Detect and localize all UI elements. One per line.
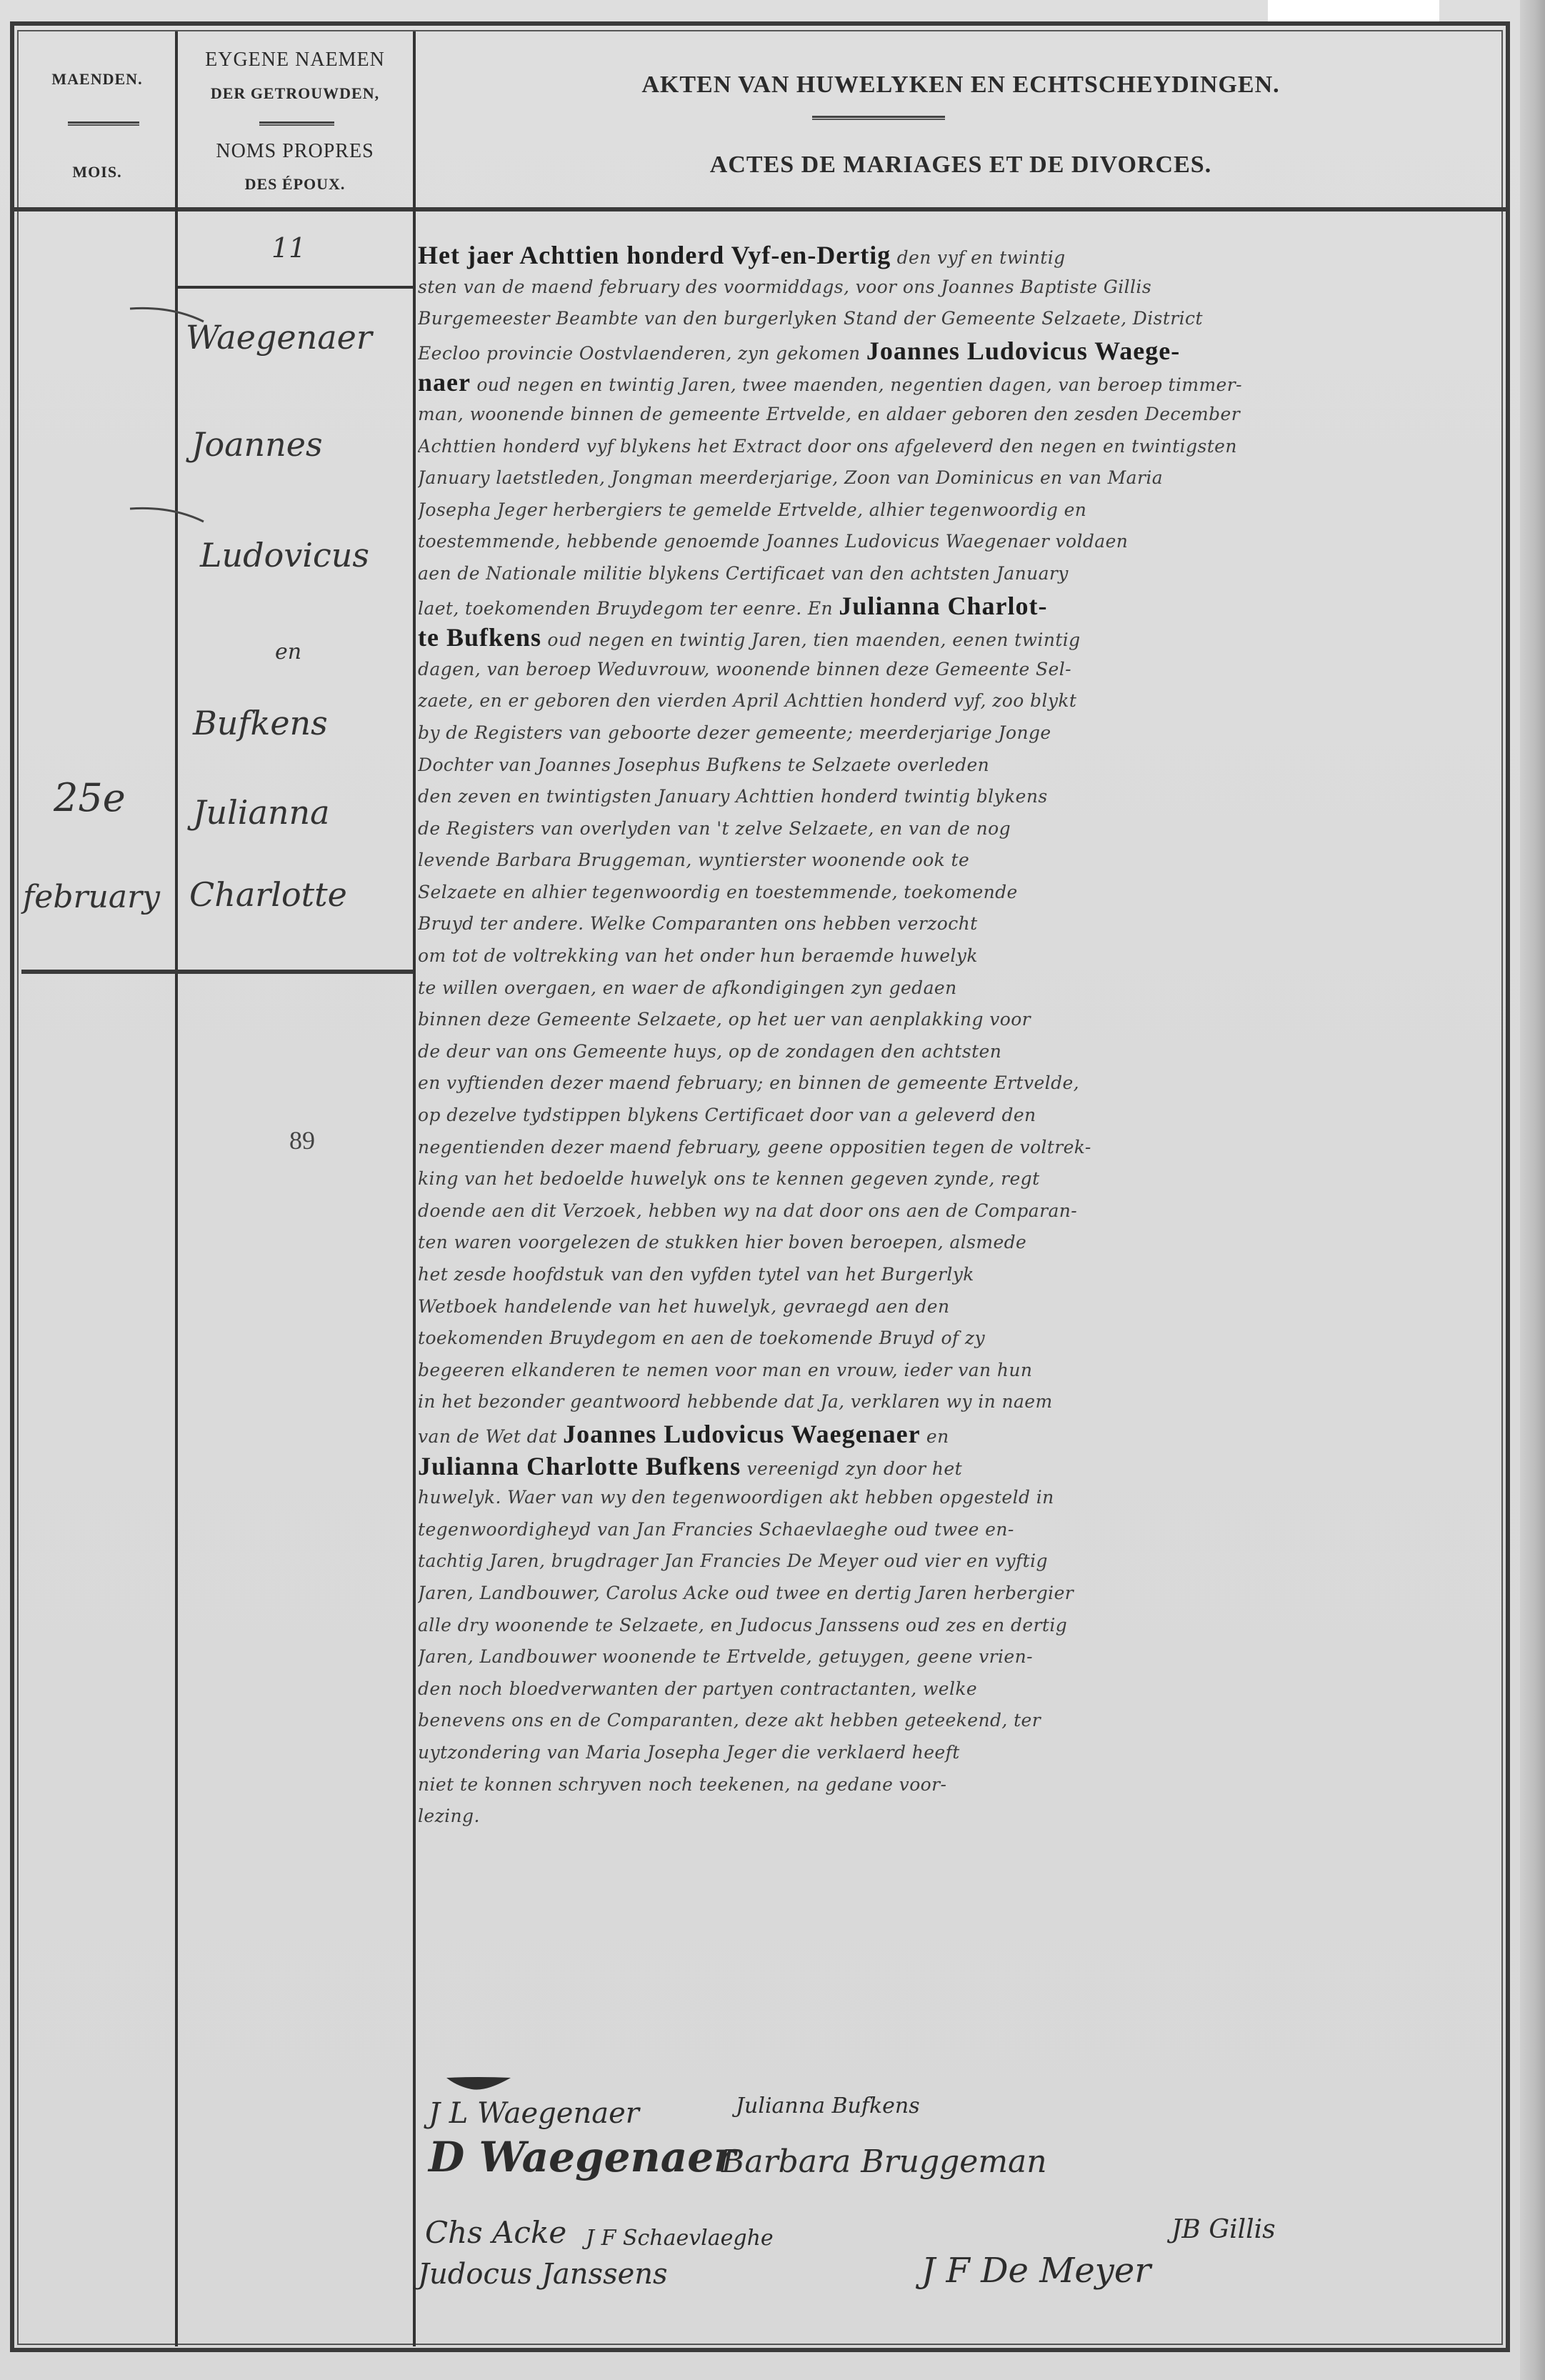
line-text: Burgemeester Beambte van den burgerlyken… [418, 308, 1203, 329]
line-text: negentienden dezer maend february, geene… [418, 1137, 1091, 1157]
line-text: tachtig Jaren, brugdrager Jan Francies D… [418, 1550, 1048, 1571]
line-text: doende aen dit Verzoek, hebben wy na dat… [418, 1200, 1077, 1221]
header-month-divider [68, 121, 139, 126]
record-date-day: 25e [54, 775, 126, 820]
line-text: aen de Nationale militie blykens Certifi… [418, 563, 1069, 584]
line-text: lezing. [418, 1806, 480, 1826]
conjunction-en: en [275, 639, 301, 664]
page-number: 89 [289, 1125, 315, 1155]
line-text: Selzaete en alhier tegenwoordig en toest… [418, 882, 1018, 902]
act-text-line: van de Wet dat Joannes Ludovicus Waegena… [418, 1418, 1496, 1450]
line-text: laet, toekomenden Bruydegom ter eenre. E… [418, 598, 839, 619]
bracket-flourish-icon [129, 500, 207, 529]
signature-witness-2: J F Schaevlaeghe [586, 2226, 774, 2251]
record-date-month: february [23, 879, 160, 915]
line-text: ten waren voorgelezen de stukken hier bo… [418, 1232, 1026, 1253]
header-month-fr: MOIS. [21, 163, 173, 181]
act-text-line: de deur van ons Gemeente huys, op de zon… [418, 1036, 1496, 1068]
signature-witness-4: J F De Meyer [921, 2251, 1151, 2291]
line-text: den vyf en twintig [891, 247, 1065, 268]
line-text: Jaren, Landbouwer woonende te Ertvelde, … [418, 1646, 1033, 1667]
act-text-line: naer oud negen en twintig Jaren, twee ma… [418, 367, 1496, 399]
signature-bride: Julianna Bufkens [736, 2093, 920, 2118]
groom-given-1: Joannes [191, 425, 323, 464]
act-text-line: aen de Nationale militie blykens Certifi… [418, 558, 1496, 590]
line-bold-name: Julianna Charlot- [839, 592, 1047, 620]
act-text-line: tegenwoordigheyd van Jan Francies Schaev… [418, 1514, 1496, 1546]
act-text-line: toestemmende, hebbende genoemde Joannes … [418, 526, 1496, 558]
act-text-line: binnen deze Gemeente Selzaete, op het ue… [418, 1004, 1496, 1036]
scan-white-gap [1268, 0, 1439, 21]
act-text-line: tachtig Jaren, brugdrager Jan Francies D… [418, 1545, 1496, 1578]
line-text: de deur van ons Gemeente huys, op de zon… [418, 1041, 1001, 1062]
act-text-line: Achttien honderd vyf blykens het Extract… [418, 431, 1496, 463]
act-text-line: op dezelve tydstippen blykens Certificae… [418, 1100, 1496, 1132]
bride-given-1: Julianna [193, 793, 330, 832]
act-text-line: uytzondering van Maria Josepha Jeger die… [418, 1737, 1496, 1769]
groom-given-2: Ludovicus [200, 536, 369, 574]
act-text-line: sten van de maend february des voormidda… [418, 272, 1496, 304]
signature-mother: Barbara Bruggeman [721, 2144, 1047, 2180]
header-names-fr-1: NOMS PROPRES [179, 140, 411, 163]
line-text: sten van de maend february des voormidda… [418, 277, 1151, 297]
line-bold-name: naer [418, 368, 471, 397]
act-text-line: by de Registers van geboorte dezer gemee… [418, 717, 1496, 750]
line-text: niet te konnen schryven noch teekenen, n… [418, 1774, 946, 1795]
line-text: oud negen en twintig Jaren, twee maenden… [471, 374, 1242, 395]
line-text: king van het bedoelde huwelyk ons te ken… [418, 1168, 1040, 1189]
column-divider-month [175, 31, 178, 2346]
line-text: en vyftienden dezer maend february; en b… [418, 1072, 1079, 1093]
act-text-line: Jaren, Landbouwer woonende te Ertvelde, … [418, 1641, 1496, 1673]
ink-blot-icon [443, 2072, 514, 2093]
act-text-line: man, woonende binnen de gemeente Ertveld… [418, 399, 1496, 431]
line-text: Achttien honderd vyf blykens het Extract… [418, 436, 1237, 457]
act-text-line: January laetstleden, Jongman meerderjari… [418, 462, 1496, 494]
header-names-nl-2: DER GETROUWDEN, [179, 84, 411, 103]
line-text: benevens ons en de Comparanten, deze akt… [418, 1710, 1041, 1731]
act-number-rule [178, 286, 413, 289]
line-text: January laetstleden, Jongman meerderjari… [418, 467, 1163, 488]
line-text: te willen overgaen, en waer de afkondigi… [418, 977, 957, 998]
line-text: toekomenden Bruydegom en aen de toekomen… [418, 1328, 985, 1348]
line-text: en [921, 1426, 949, 1447]
act-text-line: den zeven en twintigsten January Achttie… [418, 781, 1496, 813]
line-text: op dezelve tydstippen blykens Certificae… [418, 1105, 1036, 1125]
header-bottom-rule [14, 207, 1507, 211]
line-text: levende Barbara Bruggeman, wyntierster w… [418, 850, 969, 870]
act-text-line: Selzaete en alhier tegenwoordig en toest… [418, 877, 1496, 909]
signature-groom: J L Waegenaer [429, 2097, 639, 2130]
line-bold-name: Het jaer Achttien honderd Vyf-en-Dertig [418, 241, 891, 269]
act-text-line: de Registers van overlyden van 't zelve … [418, 813, 1496, 845]
record-separator-rule [21, 970, 413, 974]
marriage-act-text: Het jaer Achttien honderd Vyf-en-Dertig … [418, 239, 1496, 1833]
title-nl: AKTEN VAN HUWELYKEN EN ECHTSCHEYDINGEN. [418, 71, 1504, 99]
act-text-line: in het bezonder geantwoord hebbende dat … [418, 1386, 1496, 1418]
line-text: binnen deze Gemeente Selzaete, op het ue… [418, 1009, 1031, 1030]
act-text-line: king van het bedoelde huwelyk ons te ken… [418, 1163, 1496, 1195]
act-text-line: lezing. [418, 1801, 1496, 1833]
header-month-nl: MAENDEN. [21, 70, 173, 89]
title-divider [812, 116, 945, 120]
line-text: uytzondering van Maria Josepha Jeger die… [418, 1742, 960, 1763]
line-text: huwelyk. Waer van wy den tegenwoordigen … [418, 1487, 1054, 1508]
act-text-line: te Bufkens oud negen en twintig Jaren, t… [418, 622, 1496, 654]
line-bold-name: Joannes Ludovicus Waege- [866, 337, 1180, 365]
act-text-line: zaete, en er geboren den vierden April A… [418, 685, 1496, 717]
act-text-line: Wetboek handelende van het huwelyk, gevr… [418, 1291, 1496, 1323]
signature-officer: JB Gillis [1171, 2215, 1276, 2244]
act-text-line: Het jaer Achttien honderd Vyf-en-Dertig … [418, 239, 1496, 272]
line-text: Eecloo provincie Oostvlaenderen, zyn gek… [418, 343, 866, 364]
act-text-line: laet, toekomenden Bruydegom ter eenre. E… [418, 590, 1496, 622]
act-text-line: Bruyd ter andere. Welke Comparanten ons … [418, 908, 1496, 940]
line-text: Josepha Jeger herbergiers te gemelde Ert… [418, 499, 1086, 520]
act-text-line: te willen overgaen, en waer de afkondigi… [418, 972, 1496, 1005]
line-text: oud negen en twintig Jaren, tien maenden… [541, 629, 1081, 650]
line-text: in het bezonder geantwoord hebbende dat … [418, 1391, 1053, 1412]
line-text: de Registers van overlyden van 't zelve … [418, 818, 1011, 839]
line-text: zaete, en er geboren den vierden April A… [418, 690, 1076, 711]
line-text: om tot de voltrekking van het onder hun … [418, 945, 978, 966]
act-text-line: begeeren elkanderen te nemen voor man en… [418, 1355, 1496, 1387]
signature-witness-3: Judocus Janssens [418, 2258, 668, 2291]
line-bold-name: Julianna Charlotte Bufkens [418, 1452, 741, 1480]
bride-given-2: Charlotte [189, 875, 347, 914]
line-text: by de Registers van geboorte dezer gemee… [418, 722, 1051, 743]
act-text-line: Eecloo provincie Oostvlaenderen, zyn gek… [418, 335, 1496, 367]
act-text-line: dagen, van beroep Weduvrouw, woonende bi… [418, 654, 1496, 686]
act-text-line: toekomenden Bruydegom en aen de toekomen… [418, 1323, 1496, 1355]
column-divider-names [413, 31, 416, 2346]
line-bold-name: te Bufkens [418, 623, 541, 652]
line-text: toestemmende, hebbende genoemde Joannes … [418, 531, 1128, 552]
line-text: den zeven en twintigsten January Achttie… [418, 786, 1048, 807]
signature-father: D Waegenaer [429, 2133, 736, 2181]
act-text-line: ten waren voorgelezen de stukken hier bo… [418, 1227, 1496, 1259]
act-text-line: doende aen dit Verzoek, hebben wy na dat… [418, 1195, 1496, 1228]
line-text: Bruyd ter andere. Welke Comparanten ons … [418, 913, 978, 934]
act-text-line: om tot de voltrekking van het onder hun … [418, 940, 1496, 972]
line-text: begeeren elkanderen te nemen voor man en… [418, 1360, 1032, 1380]
header-names-fr-2: DES ÉPOUX. [179, 175, 411, 194]
act-text-line: en vyftienden dezer maend february; en b… [418, 1067, 1496, 1100]
title-fr: ACTES DE MARIAGES ET DE DIVORCES. [418, 151, 1504, 179]
line-text: Jaren, Landbouwer, Carolus Acke oud twee… [418, 1583, 1074, 1603]
act-text-line: Dochter van Joannes Josephus Bufkens te … [418, 750, 1496, 782]
act-text-line: den noch bloedverwanten der partyen cont… [418, 1673, 1496, 1706]
signature-witness-1: Chs Acke [425, 2215, 566, 2250]
header-names-nl-1: EYGENE NAEMEN [179, 49, 411, 71]
act-text-line: Jaren, Landbouwer, Carolus Acke oud twee… [418, 1578, 1496, 1610]
line-text: tegenwoordigheyd van Jan Francies Schaev… [418, 1519, 1014, 1540]
act-number: 11 [271, 232, 306, 264]
act-text-line: negentienden dezer maend february, geene… [418, 1132, 1496, 1164]
line-text: vereenigd zyn door het [741, 1458, 962, 1479]
line-text: man, woonende binnen de gemeente Ertveld… [418, 404, 1240, 424]
line-text: het zesde hoofdstuk van den vyfden tytel… [418, 1264, 974, 1285]
line-text: Wetboek handelende van het huwelyk, gevr… [418, 1296, 949, 1317]
groom-surname: Waegenaer [186, 318, 372, 357]
act-text-line: het zesde hoofdstuk van den vyfden tytel… [418, 1259, 1496, 1291]
act-text-line: Burgemeester Beambte van den burgerlyken… [418, 303, 1496, 335]
act-text-line: levende Barbara Bruggeman, wyntierster w… [418, 845, 1496, 877]
line-text: alle dry woonende te Selzaete, en Judocu… [418, 1615, 1067, 1635]
line-text: dagen, van beroep Weduvrouw, woonende bi… [418, 659, 1071, 679]
act-text-line: niet te konnen schryven noch teekenen, n… [418, 1769, 1496, 1801]
act-text-line: Josepha Jeger herbergiers te gemelde Ert… [418, 494, 1496, 527]
act-text-line: alle dry woonende te Selzaete, en Judocu… [418, 1610, 1496, 1642]
line-text: Dochter van Joannes Josephus Bufkens te … [418, 755, 989, 775]
bride-surname: Bufkens [193, 704, 328, 742]
act-text-line: Julianna Charlotte Bufkens vereenigd zyn… [418, 1450, 1496, 1483]
act-text-line: benevens ons en de Comparanten, deze akt… [418, 1705, 1496, 1737]
line-text: den noch bloedverwanten der partyen cont… [418, 1678, 977, 1699]
line-text: van de Wet dat [418, 1426, 563, 1447]
act-text-line: huwelyk. Waer van wy den tegenwoordigen … [418, 1482, 1496, 1514]
page-edge-shadow [1520, 0, 1545, 2380]
line-bold-name: Joannes Ludovicus Waegenaer [563, 1420, 920, 1448]
header-names-divider [259, 121, 334, 126]
